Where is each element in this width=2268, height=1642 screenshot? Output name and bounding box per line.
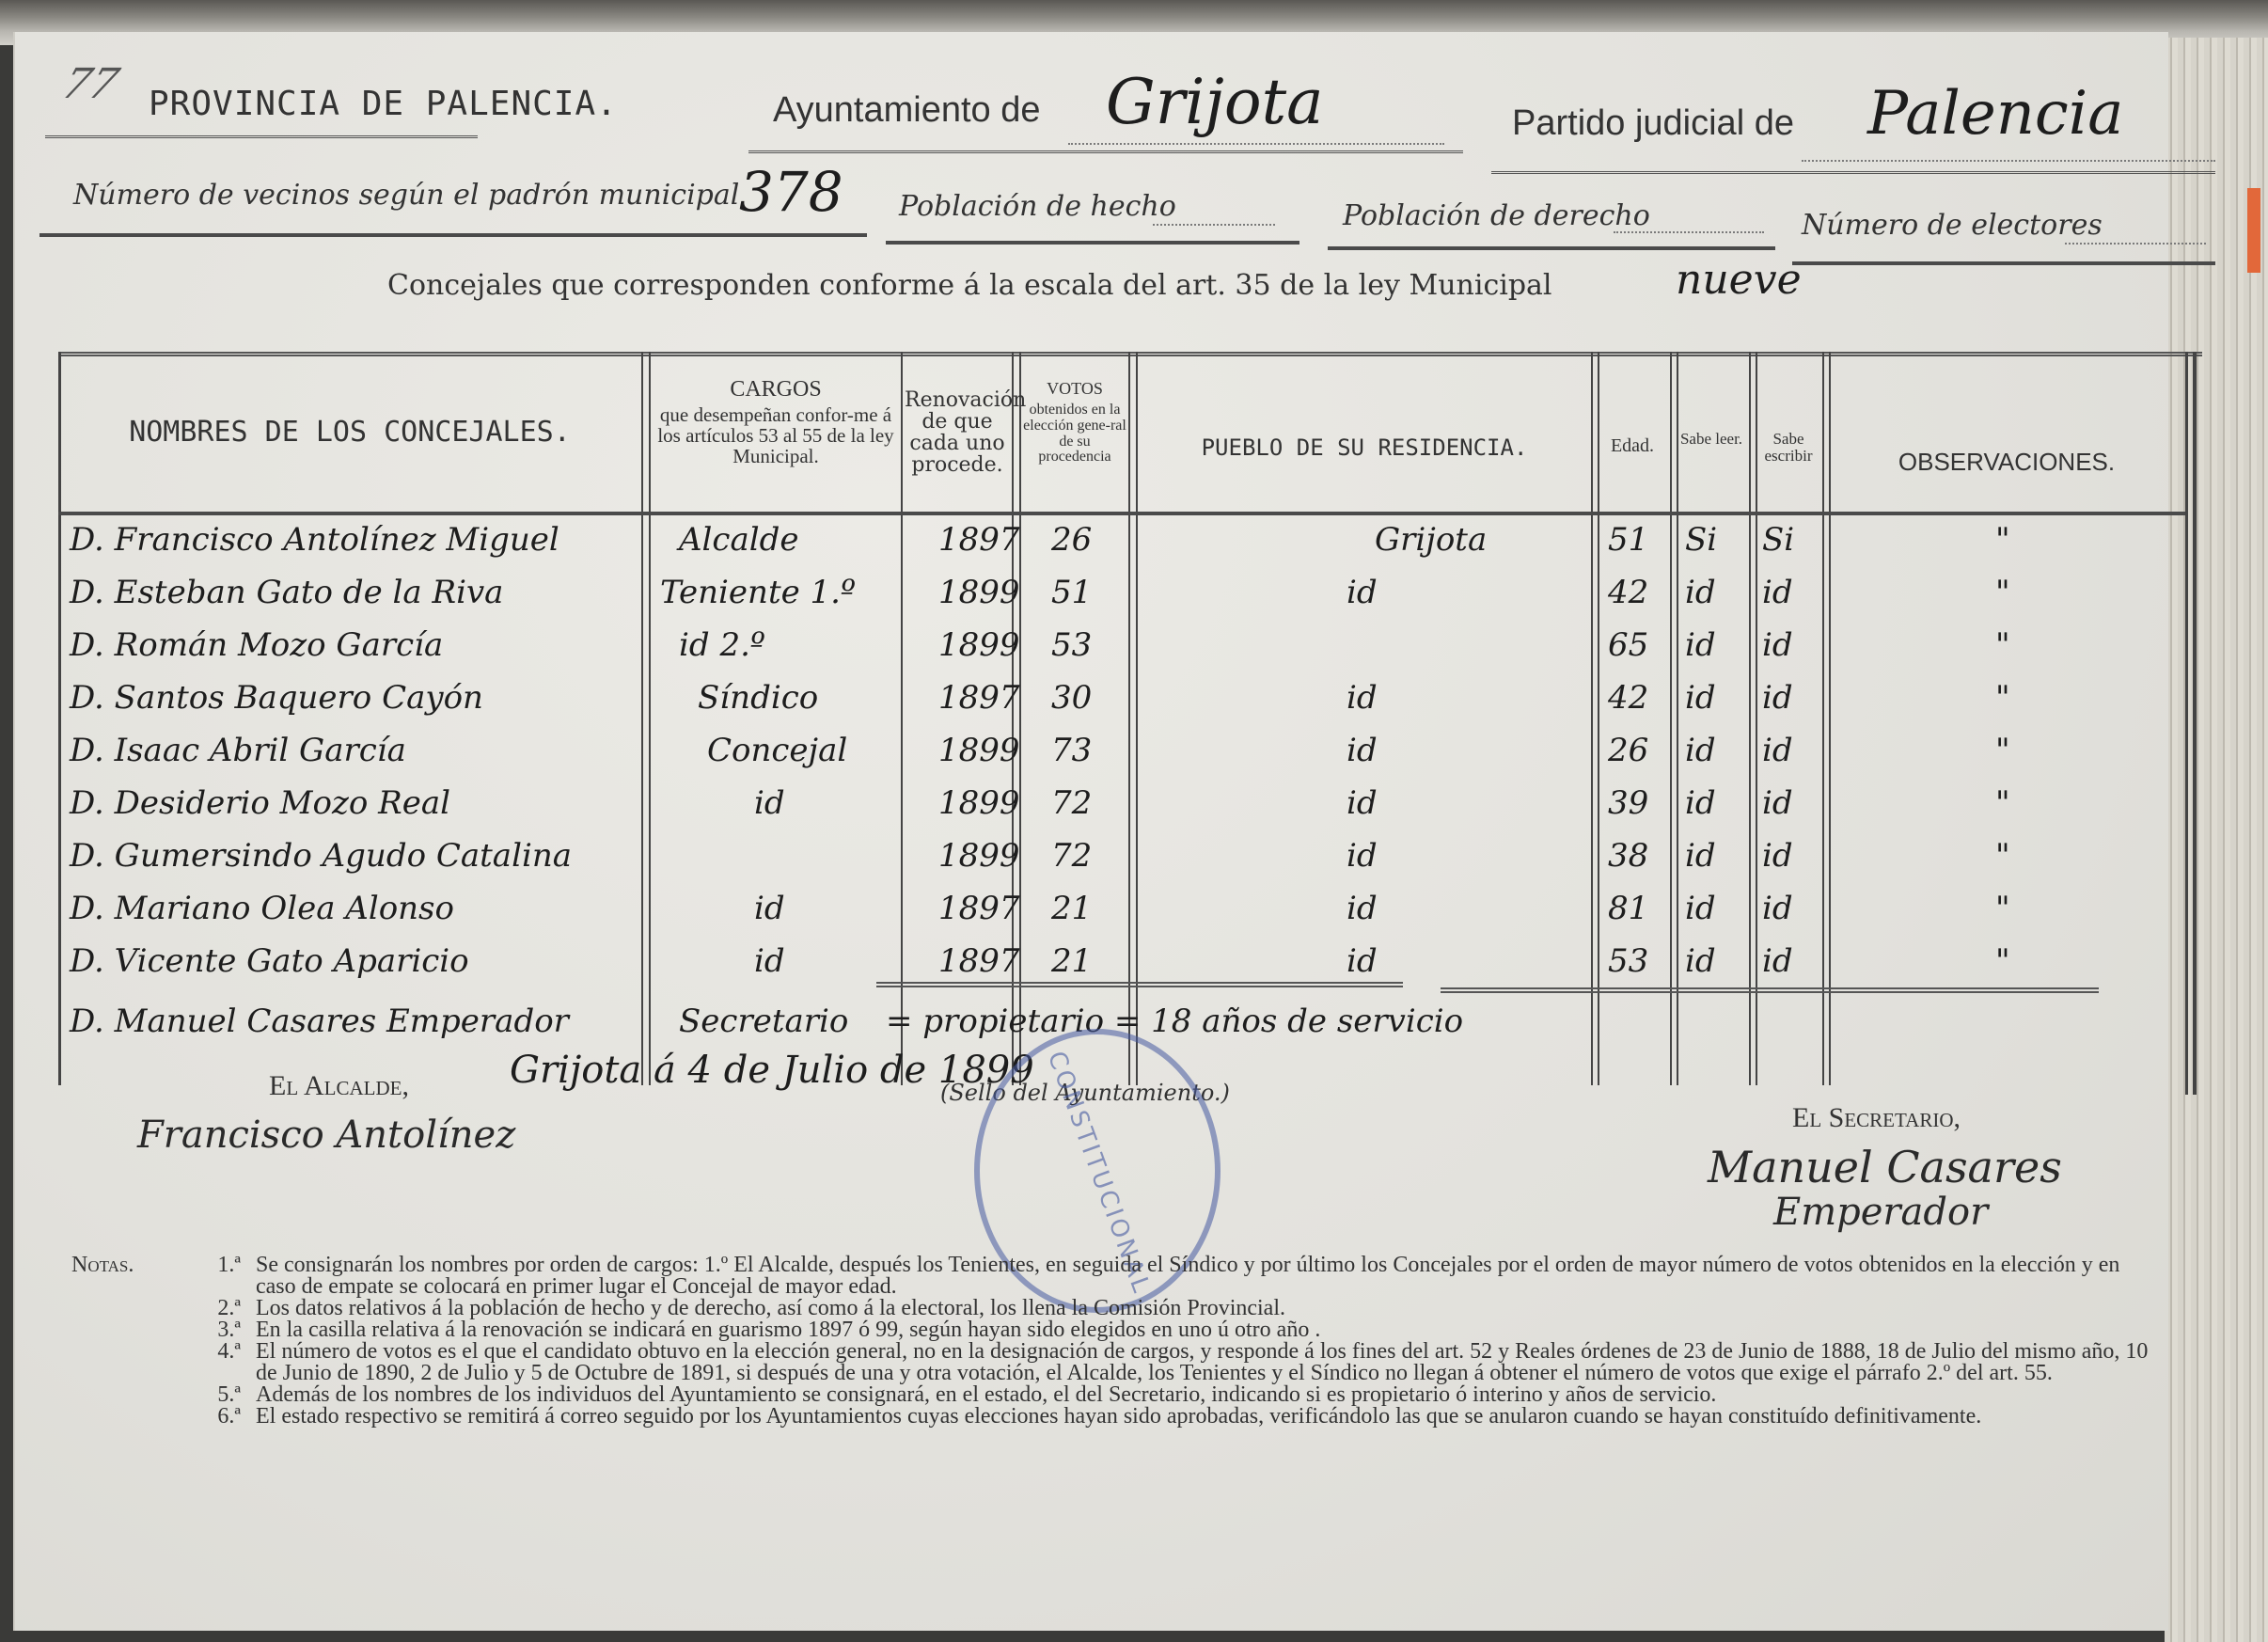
cell-pueblo: Grijota: [1375, 513, 1487, 566]
divider: [45, 135, 478, 138]
poblacion-derecho-label: Población de derecho: [1343, 199, 1650, 232]
poblacion-hecho-field-line: [1153, 224, 1275, 226]
secretario-signature-2: Emperador: [1773, 1191, 1988, 1234]
cell-pueblo: id: [1347, 882, 1378, 935]
cell-votos: 21: [1051, 935, 1092, 987]
cell-cargo: id 2.º: [679, 619, 765, 671]
cell-renovacion: 1897: [938, 935, 1020, 987]
cell-cargo: id: [754, 935, 785, 987]
cell-edad: 26: [1608, 724, 1648, 777]
col-header-edad: Edad.: [1597, 436, 1668, 456]
cell-escribir: id: [1762, 882, 1793, 935]
cell-nombre: D. Román Mozo García: [70, 619, 443, 671]
cell-edad: 53: [1608, 935, 1648, 987]
cell-secretary-cargo: Secretario: [679, 995, 848, 1048]
note-number: 2.ª: [184, 1298, 256, 1319]
alcalde-label: El Alcalde,: [269, 1070, 409, 1102]
cell-pueblo: id: [1347, 777, 1378, 829]
note-item: 5.ªAdemás de los nombres de los individu…: [184, 1384, 2150, 1406]
separator-line: [1441, 987, 2099, 993]
note-item: 6.ªEl estado respectivo se remitirá á co…: [184, 1406, 2150, 1428]
note-item: 1.ªSe consignarán los nombres por orden …: [184, 1255, 2150, 1298]
cell-edad: 81: [1608, 882, 1648, 935]
secretario-label: El Secretario,: [1792, 1102, 1961, 1134]
cell-leer: id: [1685, 882, 1716, 935]
cell-nombre: D. Francisco Antolínez Miguel: [70, 513, 559, 566]
col-header-renovacion: Renovación de que cada uno procede.: [905, 389, 1010, 476]
cell-pueblo: id: [1347, 935, 1378, 987]
cell-escribir: id: [1762, 829, 1793, 882]
cell-observaciones: ": [1995, 829, 2010, 882]
note-item: 2.ªLos datos relativos á la población de…: [184, 1298, 2150, 1319]
note-text: Además de los nombres de los individuos …: [256, 1384, 2150, 1406]
note-text: El número de votos es el que el candidat…: [256, 1341, 2150, 1384]
table-row: D. Román Mozo García id 2.º 1899 53 65 i…: [58, 619, 2202, 671]
cell-renovacion: 1897: [938, 671, 1020, 724]
cell-escribir: id: [1762, 777, 1793, 829]
cell-cargo: id: [754, 777, 785, 829]
note-item: 4.ªEl número de votos es el que el candi…: [184, 1341, 2150, 1384]
cell-renovacion: 1899: [938, 619, 1020, 671]
cell-escribir: id: [1762, 671, 1793, 724]
cell-cargo: Teniente 1.º: [660, 566, 856, 619]
table-row: D. Isaac Abril García Concejal 1899 73 i…: [58, 724, 2202, 777]
concejales-value: nueve: [1676, 256, 1802, 304]
cell-nombre: D. Vicente Gato Aparicio: [70, 935, 469, 987]
cell-cargo: Alcalde: [679, 513, 799, 566]
concejales-label: Concejales que corresponden conforme á l…: [387, 269, 1552, 302]
cell-leer: id: [1685, 724, 1716, 777]
col-header-cargos: que desempeñan confor-me á los artículos…: [653, 404, 899, 466]
cell-leer: id: [1685, 566, 1716, 619]
table-top-border: [58, 352, 2202, 356]
note-text: Los datos relativos á la población de he…: [256, 1298, 2150, 1319]
poblacion-hecho-label: Población de hecho: [899, 190, 1176, 223]
cell-observaciones: ": [1995, 935, 2010, 987]
cell-edad: 51: [1608, 513, 1648, 566]
divider: [1491, 171, 2215, 174]
cell-pueblo: id: [1347, 829, 1378, 882]
cell-cargo: id: [754, 882, 785, 935]
ayuntamiento-label: Ayuntamiento de: [773, 90, 1041, 131]
cell-observaciones: ": [1995, 724, 2010, 777]
page-number: 77: [56, 60, 125, 108]
note-item: 3.ªEn la casilla relativa á la renovació…: [184, 1319, 2150, 1341]
cell-edad: 39: [1608, 777, 1648, 829]
note-text: El estado respectivo se remitirá á corre…: [256, 1406, 2150, 1428]
cell-renovacion: 1897: [938, 882, 1020, 935]
cell-renovacion: 1899: [938, 777, 1020, 829]
cell-nombre: D. Desiderio Mozo Real: [70, 777, 450, 829]
cell-observaciones: ": [1995, 671, 2010, 724]
document-page: 77 PROVINCIA DE PALENCIA. Ayuntamiento d…: [13, 32, 2168, 1631]
secretario-signature-1: Manuel Casares: [1708, 1142, 2062, 1192]
province-title: PROVINCIA DE PALENCIA.: [149, 85, 618, 123]
cell-edad: 42: [1608, 671, 1648, 724]
cell-secretary-nombre: D. Manuel Casares Emperador: [70, 995, 569, 1048]
col-header-pueblo: PUEBLO DE SU RESIDENCIA.: [1140, 436, 1589, 460]
cell-observaciones: ": [1995, 566, 2010, 619]
note-number: 4.ª: [184, 1341, 256, 1384]
cell-votos: 53: [1051, 619, 1092, 671]
cell-observaciones: ": [1995, 882, 2010, 935]
cell-nombre: D. Mariano Olea Alonso: [70, 882, 454, 935]
cell-votos: 73: [1051, 724, 1092, 777]
concejales-table: NOMBRES DE LOS CONCEJALES. CARGOS que de…: [58, 352, 2202, 1095]
cell-pueblo: id: [1347, 724, 1378, 777]
cell-nombre: D. Gumersindo Agudo Catalina: [70, 829, 572, 882]
cell-pueblo: id: [1347, 566, 1378, 619]
col-header-votos-title: VOTOS: [1023, 380, 1126, 398]
cell-votos: 51: [1051, 566, 1092, 619]
cell-edad: 42: [1608, 566, 1648, 619]
cell-observaciones: ": [1995, 513, 2010, 566]
cell-secretary-detail: = propietario = 18 años de servicio: [886, 995, 1463, 1048]
cell-cargo: Concejal: [707, 724, 847, 777]
cell-escribir: id: [1762, 724, 1793, 777]
cell-escribir: id: [1762, 935, 1793, 987]
partido-value: Palencia: [1867, 79, 2123, 149]
cell-votos: 72: [1051, 777, 1092, 829]
ayuntamiento-field-line: [1068, 143, 1444, 145]
col-header-leer: Sabe leer.: [1676, 431, 1747, 448]
electores-label: Número de electores: [1802, 209, 2103, 242]
cell-observaciones: ": [1995, 777, 2010, 829]
table-row: D. Vicente Gato Aparicio id 1897 21 id 5…: [58, 935, 2202, 987]
note-number: 3.ª: [184, 1319, 256, 1341]
cell-leer: Si: [1685, 513, 1717, 566]
alcalde-signature: Francisco Antolínez: [137, 1113, 515, 1157]
cell-votos: 21: [1051, 882, 1092, 935]
cell-nombre: D. Esteban Gato de la Riva: [70, 566, 503, 619]
cell-edad: 65: [1608, 619, 1648, 671]
cell-votos: 72: [1051, 829, 1092, 882]
cell-leer: id: [1685, 619, 1716, 671]
cell-cargo: Síndico: [698, 671, 818, 724]
cell-escribir: Si: [1762, 513, 1794, 566]
divider: [1328, 246, 1775, 250]
col-header-escribir: Sabe escribir: [1755, 431, 1822, 465]
divider: [748, 150, 1463, 153]
cell-observaciones: ": [1995, 619, 2010, 671]
cell-leer: id: [1685, 935, 1716, 987]
cell-leer: id: [1685, 777, 1716, 829]
note-number: 5.ª: [184, 1384, 256, 1406]
col-header-cargos-title: CARGOS: [653, 378, 899, 402]
cell-renovacion: 1897: [938, 513, 1020, 566]
note-number: 1.ª: [184, 1255, 256, 1298]
table-row: D. Esteban Gato de la Riva Teniente 1.º …: [58, 566, 2202, 619]
cell-votos: 26: [1051, 513, 1092, 566]
separator-line: [876, 982, 1403, 987]
cell-renovacion: 1899: [938, 829, 1020, 882]
cell-leer: id: [1685, 671, 1716, 724]
divider: [39, 233, 867, 237]
table-row: D. Desiderio Mozo Real id 1899 72 id 39 …: [58, 777, 2202, 829]
col-header-observaciones: OBSERVACIONES.: [1828, 450, 2185, 475]
notes-title: Notas.: [71, 1255, 134, 1276]
note-number: 6.ª: [184, 1406, 256, 1428]
col-header-nombres: NOMBRES DE LOS CONCEJALES.: [68, 418, 632, 448]
cell-renovacion: 1899: [938, 724, 1020, 777]
partido-field-line: [1802, 160, 2215, 162]
note-text: En la casilla relativa á la renovación s…: [256, 1319, 2150, 1341]
note-text: Se consignarán los nombres por orden de …: [256, 1255, 2150, 1298]
vecinos-value: 378: [739, 160, 843, 224]
col-header-votos: obtenidos en la elección gene-ral de su …: [1023, 403, 1126, 466]
cell-leer: id: [1685, 829, 1716, 882]
red-bookmark-tab: [2247, 188, 2260, 273]
cell-edad: 38: [1608, 829, 1648, 882]
cell-nombre: D. Santos Baquero Cayón: [70, 671, 483, 724]
table-row: D. Mariano Olea Alonso id 1897 21 id 81 …: [58, 882, 2202, 935]
ayuntamiento-value: Grijota: [1106, 66, 1323, 138]
divider: [1792, 261, 2215, 265]
table-row: D. Santos Baquero Cayón Síndico 1897 30 …: [58, 671, 2202, 724]
cell-renovacion: 1899: [938, 566, 1020, 619]
cell-escribir: id: [1762, 566, 1793, 619]
table-row: D. Francisco Antolínez Miguel Alcalde 18…: [58, 513, 2202, 566]
cell-pueblo: id: [1347, 671, 1378, 724]
notes-section: Notas. 1.ªSe consignarán los nombres por…: [81, 1255, 2150, 1428]
cell-escribir: id: [1762, 619, 1793, 671]
divider: [886, 241, 1299, 245]
poblacion-derecho-field-line: [1614, 231, 1764, 233]
cell-nombre: D. Isaac Abril García: [70, 724, 406, 777]
cell-votos: 30: [1051, 671, 1092, 724]
vecinos-label: Número de vecinos según el padrón munici…: [73, 179, 739, 212]
partido-label: Partido judicial de: [1512, 103, 1794, 144]
table-row: D. Gumersindo Agudo Catalina 1899 72 id …: [58, 829, 2202, 882]
electores-field-line: [2065, 243, 2206, 245]
